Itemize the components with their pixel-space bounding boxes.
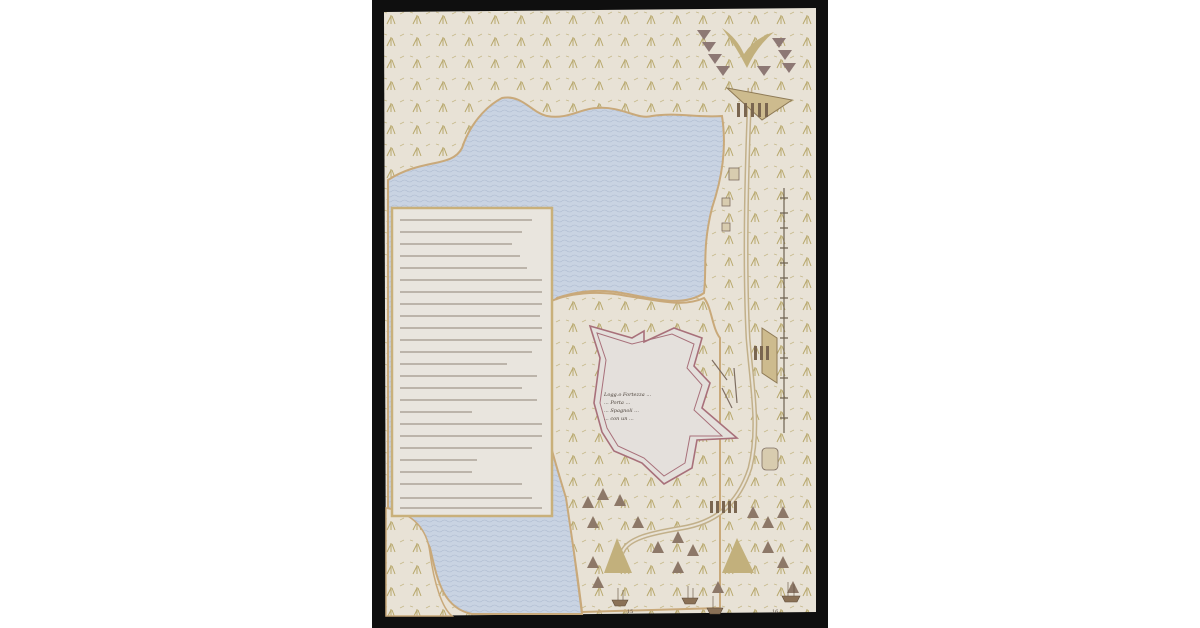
legend-box [392,208,552,516]
scale-mark-2: 16 [772,609,778,615]
fortress-note-4: ... con un ... [604,416,634,422]
fortress-note-3: ... Spagnoli ... [604,408,639,414]
manuscript-map: Logg.o Fortezza ... ... Porta ... ... Sp… [382,8,818,618]
fortress-note-2: ... Porta ... [604,400,631,406]
fortress-note-1: Logg.o Fortezza ... [603,392,652,398]
scale-mark-1: 15 [627,609,633,615]
image-frame: Logg.o Fortezza ... ... Porta ... ... Sp… [372,0,828,628]
